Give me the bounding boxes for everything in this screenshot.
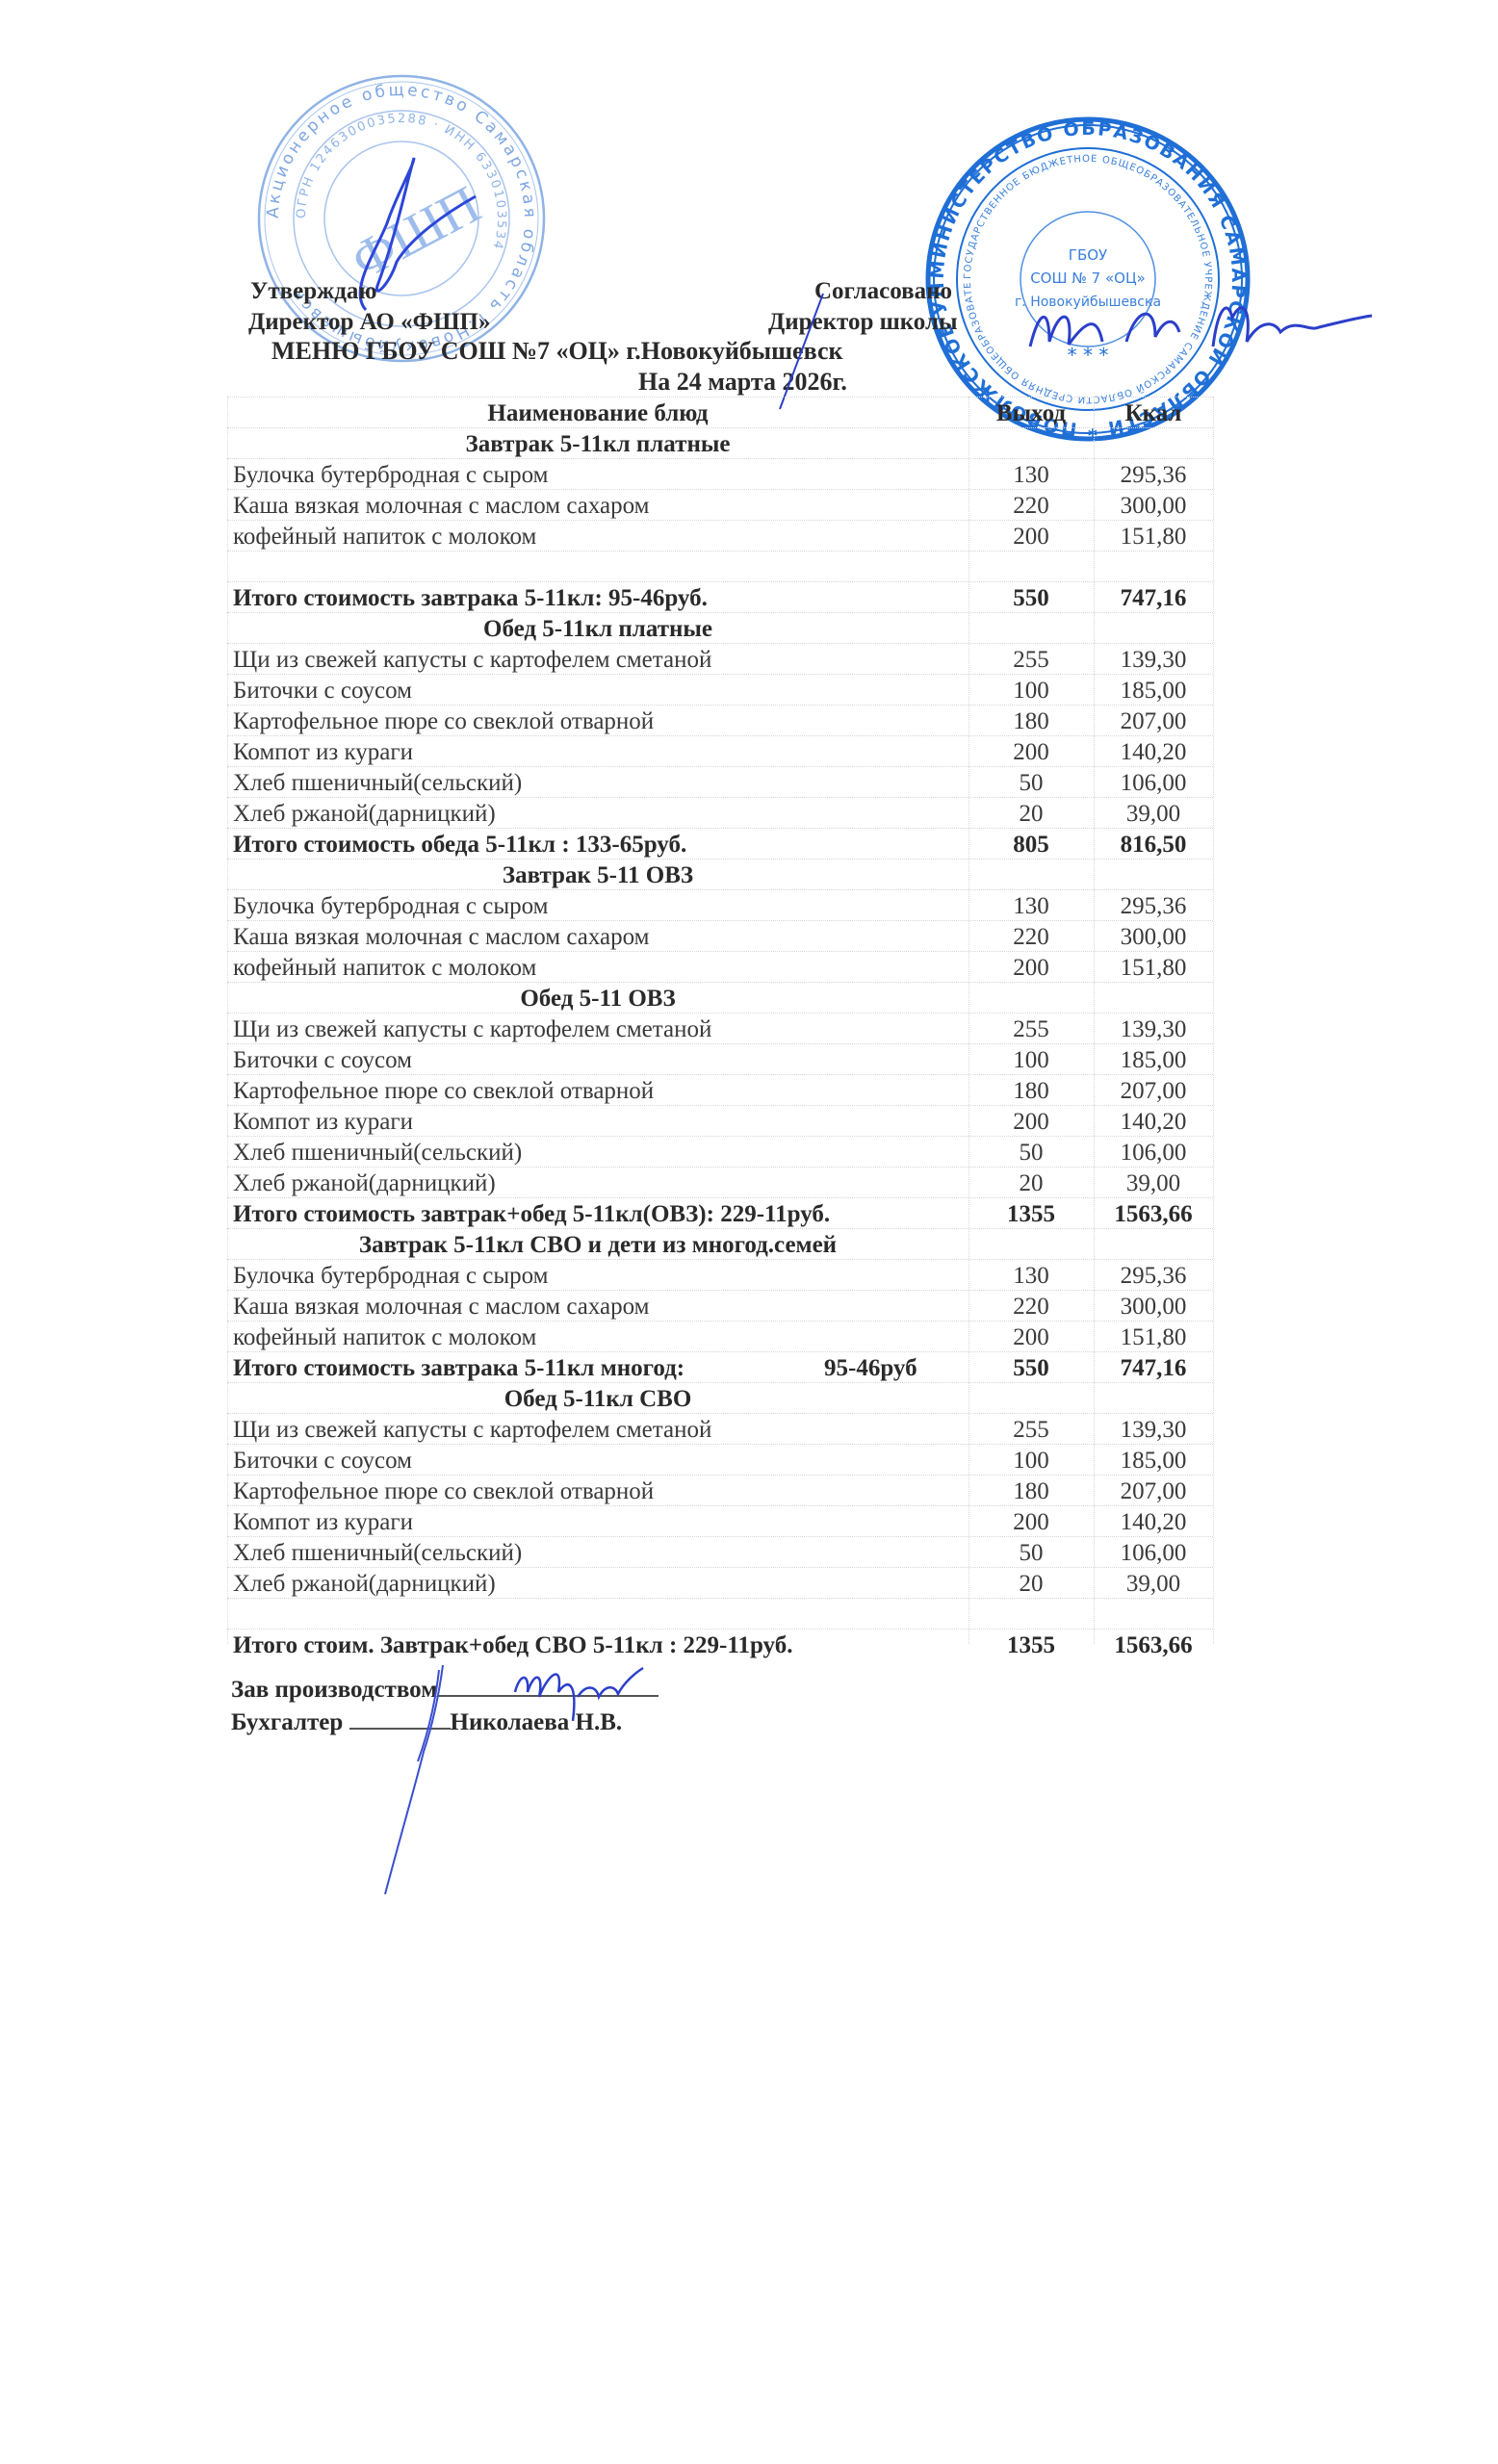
output-grams: 130 [969, 462, 1094, 489]
total-row: Итого стоимость завтрака 5-11кл: 95-46ру… [227, 581, 1213, 612]
output-grams: 50 [969, 770, 1094, 797]
dish-name: Булочка бутербродная с сыром [233, 893, 548, 920]
dish-name: кофейный напиток с молоком [233, 955, 536, 982]
menu-title: МЕНЮ ГБОУ СОШ №7 «ОЦ» г.Новокуйбышевск [271, 339, 842, 364]
section-heading-row: Завтрак 5-11кл СВО и дети из многод.семе… [227, 1228, 1213, 1259]
kcal-value: 185,00 [1094, 678, 1213, 705]
output-grams: 50 [969, 1140, 1094, 1167]
table-row: Компот из кураги200140,20 [227, 1505, 1213, 1536]
section-heading-row: Обед 5-11 ОВЗ [227, 982, 1213, 1013]
dish-name: Компот из кураги [233, 1109, 413, 1136]
dish-name: Каша вязкая молочная с маслом сахаром [233, 493, 649, 520]
dish-name: Щи из свежей капусты с картофелем сметан… [233, 1417, 711, 1444]
menu-table: Наименование блюд Выход Ккал Завтрак 5-1… [227, 397, 1213, 1659]
output-grams: 20 [969, 801, 1094, 828]
section-title: Завтрак 5-11 ОВЗ [227, 862, 969, 889]
table-row: Биточки с соусом100185,00 [227, 1444, 1213, 1475]
kcal-value: 151,80 [1094, 524, 1213, 551]
table-row: Щи из свежей капусты с картофелем сметан… [227, 1013, 1213, 1043]
output-grams: 1355 [969, 1632, 1094, 1659]
table-row: Картофельное пюре со свеклой отварной180… [227, 1475, 1213, 1505]
kcal-value: 140,20 [1094, 1109, 1213, 1136]
output-grams: 180 [969, 1478, 1094, 1505]
accountant-name: Николаева Н.В. [451, 1709, 623, 1735]
kcal-value: 106,00 [1094, 1140, 1213, 1167]
accountant-signature-line [349, 1728, 451, 1730]
table-row: кофейный напиток с молоком200151,80 [227, 1321, 1213, 1351]
kcal-value: 106,00 [1094, 770, 1213, 797]
total-row: Итого стоим. Завтрак+обед СВО 5-11кл : 2… [227, 1629, 1213, 1659]
agree-position: Директор школы [768, 310, 958, 334]
section-title: Обед 5-11кл СВО [227, 1386, 969, 1413]
output-grams: 200 [969, 1109, 1094, 1136]
table-row: Хлеб пшеничный(сельский)50106,00 [227, 766, 1213, 797]
kcal-value: 207,00 [1094, 1078, 1213, 1105]
total-label: Итого стоимость завтрак+обед 5-11кл(ОВЗ)… [233, 1201, 830, 1228]
accountant-line: Бухгалтер Николаева Н.В. [231, 1709, 622, 1736]
dish-name: Компот из кураги [233, 739, 413, 766]
section-heading-row: Завтрак 5-11 ОВЗ [227, 859, 1213, 889]
total-row: Итого стоимость обеда 5-11кл : 133-65руб… [227, 828, 1213, 859]
dish-name: Хлеб пшеничный(сельский) [233, 1140, 522, 1167]
section-heading-row: Обед 5-11кл СВО [227, 1382, 1213, 1413]
dish-name: Картофельное пюре со свеклой отварной [233, 1478, 654, 1505]
total-price: 95-46руб [824, 1355, 917, 1382]
svg-text:МИНИСТЕРСТВО ОБРАЗОВАНИЯ САМАР: МИНИСТЕРСТВО ОБРАЗОВАНИЯ САМАРСКОЙ ОБЛАС… [924, 115, 1249, 440]
menu-date: На 24 марта 2026г. [638, 370, 847, 395]
dish-name: Щи из свежей капусты с картофелем сметан… [233, 1016, 711, 1043]
svg-text:ГОСУДАРСТВЕННОЕ БЮДЖЕТНОЕ ОБЩЕ: ГОСУДАРСТВЕННОЕ БЮДЖЕТНОЕ ОБЩЕОБРАЗОВАТЕ… [924, 115, 1213, 404]
section-heading-row: Обед 5-11кл платные [227, 612, 1213, 643]
output-grams: 100 [969, 1448, 1094, 1475]
output-grams: 200 [969, 524, 1094, 551]
table-row: Булочка бутербродная с сыром130295,36 [227, 458, 1213, 489]
output-grams: 200 [969, 1509, 1094, 1536]
column-header-dish: Наименование блюд [227, 400, 969, 427]
svg-text:г. Новокуйбышевска: г. Новокуйбышевска [1015, 295, 1161, 310]
table-row: кофейный напиток с молоком200151,80 [227, 520, 1213, 551]
production-signature-line [437, 1695, 659, 1697]
dish-name: Хлеб пшеничный(сельский) [233, 770, 522, 797]
dish-name: Булочка бутербродная с сыром [233, 462, 548, 489]
table-row: Биточки с соусом100185,00 [227, 674, 1213, 705]
dish-name: Каша вязкая молочная с маслом сахаром [233, 1294, 649, 1321]
output-grams: 255 [969, 1016, 1094, 1043]
dish-name: Картофельное пюре со свеклой отварной [233, 1078, 654, 1105]
svg-text:ФШП: ФШП [342, 174, 490, 291]
kcal-value: 140,20 [1094, 739, 1213, 766]
kcal-value: 151,80 [1094, 1324, 1213, 1351]
kcal-value: 816,50 [1094, 832, 1213, 859]
section-title: Обед 5-11 ОВЗ [227, 986, 969, 1013]
column-header-output: Выход [969, 400, 1094, 427]
total-label: Итого стоимость обеда 5-11кл : 133-65руб… [233, 832, 686, 859]
table-row: Каша вязкая молочная с маслом сахаром220… [227, 489, 1213, 520]
approve-position: Директор АО «ФШП» [248, 310, 491, 334]
dish-name: Хлеб ржаной(дарницкий) [233, 801, 496, 828]
dish-name: Щи из свежей капусты с картофелем сметан… [233, 647, 711, 674]
table-row: Хлеб ржаной(дарницкий)2039,00 [227, 1567, 1213, 1598]
kcal-value: 139,30 [1094, 647, 1213, 674]
kcal-value: 300,00 [1094, 493, 1213, 520]
table-row: Компот из кураги200140,20 [227, 1105, 1213, 1136]
approve-label: Утверждаю [250, 279, 377, 303]
output-grams: 50 [969, 1540, 1094, 1567]
output-grams: 220 [969, 493, 1094, 520]
output-grams: 255 [969, 647, 1094, 674]
kcal-value: 106,00 [1094, 1540, 1213, 1567]
svg-text:* * *: * * * [1068, 344, 1109, 367]
kcal-value: 207,00 [1094, 1478, 1213, 1505]
kcal-value: 207,00 [1094, 708, 1213, 735]
output-grams: 130 [969, 893, 1094, 920]
dish-name: Хлеб пшеничный(сельский) [233, 1540, 522, 1567]
dish-name: Картофельное пюре со свеклой отварной [233, 708, 654, 735]
section-title: Завтрак 5-11кл СВО и дети из многод.семе… [227, 1232, 969, 1259]
total-row: Итого стоимость завтрака 5-11кл многод:9… [227, 1351, 1213, 1382]
production-manager-label: Зав производством [231, 1677, 437, 1703]
table-right-border [1213, 397, 1214, 1644]
kcal-value: 39,00 [1094, 801, 1213, 828]
school-stamp-right: МИНИСТЕРСТВО ОБРАЗОВАНИЯ САМАРСКОЙ ОБЛАС… [924, 115, 1252, 443]
accountant-label: Бухгалтер [231, 1709, 343, 1735]
table-row: Каша вязкая молочная с маслом сахаром220… [227, 920, 1213, 951]
output-grams: 200 [969, 739, 1094, 766]
output-grams: 255 [969, 1417, 1094, 1444]
total-row: Итого стоимость завтрак+обед 5-11кл(ОВЗ)… [227, 1197, 1213, 1228]
dish-name: Биточки с соусом [233, 1448, 412, 1475]
svg-text:ГБОУ: ГБОУ [1069, 246, 1107, 264]
section-heading-row: Завтрак 5-11кл платные [227, 427, 1213, 458]
table-row: Картофельное пюре со свеклой отварной180… [227, 1074, 1213, 1105]
kcal-value: 295,36 [1094, 1263, 1213, 1290]
table-row: Щи из свежей капусты с картофелем сметан… [227, 643, 1213, 674]
table-row: Булочка бутербродная с сыром130295,36 [227, 889, 1213, 920]
kcal-value: 151,80 [1094, 955, 1213, 982]
table-row: Булочка бутербродная с сыром130295,36 [227, 1259, 1213, 1290]
section-title: Обед 5-11кл платные [227, 616, 969, 643]
dish-name: кофейный напиток с молоком [233, 524, 536, 551]
kcal-value: 39,00 [1094, 1571, 1213, 1598]
table-header-row: Наименование блюд Выход Ккал [227, 397, 1213, 427]
kcal-value: 140,20 [1094, 1509, 1213, 1536]
kcal-value: 185,00 [1094, 1047, 1213, 1074]
table-row: Картофельное пюре со свеклой отварной180… [227, 705, 1213, 735]
kcal-value: 300,00 [1094, 924, 1213, 951]
dish-name: Биточки с соусом [233, 1047, 412, 1074]
output-grams: 200 [969, 1324, 1094, 1351]
kcal-value: 295,36 [1094, 893, 1213, 920]
agree-label: Согласовано [814, 279, 952, 303]
blank-row [227, 1598, 1213, 1629]
table-row: Хлеб ржаной(дарницкий)2039,00 [227, 797, 1213, 828]
dish-name: Хлеб ржаной(дарницкий) [233, 1170, 496, 1197]
total-label: Итого стоим. Завтрак+обед СВО 5-11кл : 2… [233, 1632, 792, 1659]
kcal-value: 139,30 [1094, 1016, 1213, 1043]
kcal-value: 1563,66 [1094, 1632, 1213, 1659]
kcal-value: 747,16 [1094, 585, 1213, 612]
production-manager-line: Зав производством [231, 1677, 659, 1704]
total-label: Итого стоимость завтрака 5-11кл: 95-46ру… [233, 585, 708, 612]
dish-name: Каша вязкая молочная с маслом сахаром [233, 924, 649, 951]
output-grams: 100 [969, 678, 1094, 705]
dish-name: Булочка бутербродная с сыром [233, 1263, 548, 1290]
output-grams: 180 [969, 1078, 1094, 1105]
kcal-value: 139,30 [1094, 1417, 1213, 1444]
table-row: Хлеб пшеничный(сельский)50106,00 [227, 1536, 1213, 1567]
svg-text:СОШ № 7 «ОЦ»: СОШ № 7 «ОЦ» [1030, 269, 1146, 287]
kcal-value: 185,00 [1094, 1448, 1213, 1475]
director-signature [1020, 289, 1377, 375]
output-grams: 550 [969, 585, 1094, 612]
output-grams: 180 [969, 708, 1094, 735]
output-grams: 100 [969, 1047, 1094, 1074]
kcal-value: 300,00 [1094, 1294, 1213, 1321]
kcal-value: 1563,66 [1094, 1201, 1213, 1228]
blank-row [227, 551, 1213, 581]
dish-name: Биточки с соусом [233, 678, 412, 705]
kcal-value: 295,36 [1094, 462, 1213, 489]
output-grams: 20 [969, 1571, 1094, 1598]
dish-name: кофейный напиток с молоком [233, 1324, 536, 1351]
table-row: Щи из свежей капусты с картофелем сметан… [227, 1413, 1213, 1444]
output-grams: 220 [969, 924, 1094, 951]
table-row: Биточки с соусом100185,00 [227, 1043, 1213, 1074]
dish-name: Компот из кураги [233, 1509, 413, 1536]
output-grams: 805 [969, 832, 1094, 859]
output-grams: 220 [969, 1294, 1094, 1321]
total-label: Итого стоимость завтрака 5-11кл многод: [233, 1355, 684, 1382]
table-row: Каша вязкая молочная с маслом сахаром220… [227, 1290, 1213, 1321]
table-row: кофейный напиток с молоком200151,80 [227, 951, 1213, 982]
output-grams: 1355 [969, 1201, 1094, 1228]
column-header-kcal: Ккал [1094, 400, 1213, 427]
output-grams: 130 [969, 1263, 1094, 1290]
section-title: Завтрак 5-11кл платные [227, 431, 969, 458]
table-row: Компот из кураги200140,20 [227, 735, 1213, 766]
kcal-value: 747,16 [1094, 1355, 1213, 1382]
table-row: Хлеб ржаной(дарницкий)2039,00 [227, 1167, 1213, 1197]
svg-text:ОГРН 1246300035288 · ИНН 63301: ОГРН 1246300035288 · ИНН 6330103534 [295, 112, 508, 252]
output-grams: 200 [969, 955, 1094, 982]
kcal-value: 39,00 [1094, 1170, 1213, 1197]
table-row: Хлеб пшеничный(сельский)50106,00 [227, 1136, 1213, 1167]
output-grams: 550 [969, 1355, 1094, 1382]
output-grams: 20 [969, 1170, 1094, 1197]
dish-name: Хлеб ржаной(дарницкий) [233, 1571, 496, 1598]
